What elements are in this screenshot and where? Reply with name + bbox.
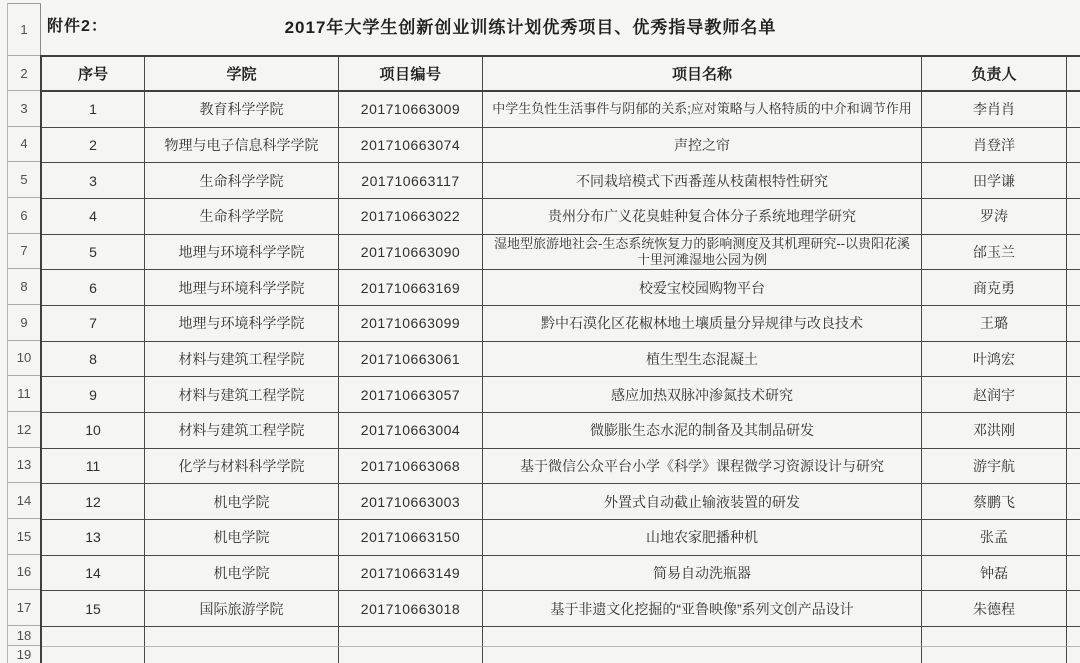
cell-college: 材料与建筑工程学院	[145, 377, 339, 413]
cell-college: 生命科学学院	[145, 199, 339, 235]
cell-college: 化学与材料科学学院	[145, 449, 339, 485]
table-row: 6 地理与环境科学学院 201710663169 校爱宝校园购物平台 商克勇	[42, 270, 1080, 306]
cell-project-name: 中学生负性生活事件与阴郁的关系;应对策略与人格特质的中介和调节作用	[483, 92, 922, 128]
header-cell-leader: 负责人	[922, 57, 1067, 92]
cell-project-name: 微膨胀生态水泥的制备及其制品研发	[483, 413, 922, 449]
cell-college: 生命科学学院	[145, 163, 339, 199]
cell-college: 地理与环境科学学院	[145, 270, 339, 306]
table-body: 1 教育科学学院 201710663009 中学生负性生活事件与阴郁的关系;应对…	[42, 92, 1080, 627]
empty-cell	[922, 647, 1067, 663]
title-row: 附件2： 2017年大学生创新创业训练计划优秀项目、优秀指导教师名单	[41, 0, 1080, 55]
cell-no: 14	[42, 556, 145, 592]
page-title: 2017年大学生创新创业训练计划优秀项目、优秀指导教师名单	[41, 13, 1020, 38]
cell-code: 201710663117	[339, 163, 483, 199]
cell-no: 13	[42, 520, 145, 556]
cell-leader: 田学谦	[922, 163, 1067, 199]
table-row: 13 机电学院 201710663150 山地农家肥播种机 张孟	[42, 520, 1080, 556]
empty-cell	[339, 627, 483, 647]
cell-cut-column	[1067, 306, 1080, 342]
row-number: 18	[8, 626, 41, 646]
cell-cut-column	[1067, 377, 1080, 413]
cell-code: 201710663018	[339, 591, 483, 627]
table-row: 14 机电学院 201710663149 简易自动洗瓶器 钟磊	[42, 556, 1080, 592]
empty-cell	[145, 627, 339, 647]
empty-cell	[922, 627, 1067, 647]
row-number: 16	[8, 555, 41, 591]
cell-leader: 王璐	[922, 306, 1067, 342]
cell-project-name: 贵州分布广义花臭蛙种复合体分子系统地理学研究	[483, 199, 922, 235]
row-number: 11	[8, 376, 41, 412]
cell-leader: 罗涛	[922, 199, 1067, 235]
cell-code: 201710663061	[339, 342, 483, 378]
row-number: 17	[8, 590, 41, 626]
empty-cell	[1067, 627, 1080, 647]
cell-code: 201710663099	[339, 306, 483, 342]
cell-no: 6	[42, 270, 145, 306]
awards-table: 序号 学院 项目编号 项目名称 负责人 1 教育科学学院 20171066300…	[40, 55, 1080, 663]
cell-no: 4	[42, 199, 145, 235]
table-row: 4 生命科学学院 201710663022 贵州分布广义花臭蛙种复合体分子系统地…	[42, 199, 1080, 235]
table-row: 11 化学与材料科学学院 201710663068 基于微信公众平台小学《科学》…	[42, 449, 1080, 485]
cell-no: 2	[42, 128, 145, 164]
empty-cell	[339, 647, 483, 663]
row-number: 9	[8, 305, 41, 341]
cell-project-name: 基于微信公众平台小学《科学》课程微学习资源设计与研究	[483, 449, 922, 485]
header-cell-code: 项目编号	[339, 57, 483, 92]
cell-cut-column	[1067, 413, 1080, 449]
cell-no: 15	[42, 591, 145, 627]
spreadsheet-page: 12345678910111213141516171819 附件2： 2017年…	[0, 0, 1080, 663]
cell-leader: 邓洪刚	[922, 413, 1067, 449]
cell-project-name: 黔中石漠化区花椒林地土壤质量分异规律与改良技术	[483, 306, 922, 342]
cell-no: 3	[42, 163, 145, 199]
cell-cut-column	[1067, 449, 1080, 485]
cell-project-name: 声控之帘	[483, 128, 922, 164]
table-row: 1 教育科学学院 201710663009 中学生负性生活事件与阴郁的关系;应对…	[42, 92, 1080, 128]
cell-project-name: 山地农家肥播种机	[483, 520, 922, 556]
cell-code: 201710663169	[339, 270, 483, 306]
cell-college: 地理与环境科学学院	[145, 306, 339, 342]
cell-code: 201710663022	[339, 199, 483, 235]
cell-cut-column	[1067, 92, 1080, 128]
empty-cell	[42, 627, 145, 647]
cell-cut-column	[1067, 342, 1080, 378]
row-number: 12	[8, 412, 41, 448]
cell-code: 201710663090	[339, 235, 483, 271]
cell-code: 201710663004	[339, 413, 483, 449]
cell-college: 地理与环境科学学院	[145, 235, 339, 271]
cell-leader: 商克勇	[922, 270, 1067, 306]
cell-code: 201710663003	[339, 484, 483, 520]
row-number: 10	[8, 341, 41, 377]
cell-cut-column	[1067, 556, 1080, 592]
cell-leader: 李肖肖	[922, 92, 1067, 128]
cell-project-name: 感应加热双脉冲渗氮技术研究	[483, 377, 922, 413]
table-row: 9 材料与建筑工程学院 201710663057 感应加热双脉冲渗氮技术研究 赵…	[42, 377, 1080, 413]
row-number: 4	[8, 127, 41, 163]
cell-cut-column	[1067, 520, 1080, 556]
cell-college: 机电学院	[145, 556, 339, 592]
table-row: 10 材料与建筑工程学院 201710663004 微膨胀生态水泥的制备及其制品…	[42, 413, 1080, 449]
cell-college: 材料与建筑工程学院	[145, 413, 339, 449]
cell-cut-column	[1067, 235, 1080, 271]
table-row: 3 生命科学学院 201710663117 不同栽培模式下西番莲从枝菌根特性研究…	[42, 163, 1080, 199]
empty-cell	[145, 647, 339, 663]
row-number: 19	[8, 646, 41, 663]
cell-leader: 钟磊	[922, 556, 1067, 592]
cell-leader: 张孟	[922, 520, 1067, 556]
empty-cell	[42, 647, 145, 663]
row-number: 5	[8, 162, 41, 198]
cell-project-name: 外置式自动截止输液装置的研发	[483, 484, 922, 520]
cell-no: 1	[42, 92, 145, 128]
cell-no: 12	[42, 484, 145, 520]
cell-code: 201710663149	[339, 556, 483, 592]
cell-college: 教育科学学院	[145, 92, 339, 128]
row-number: 1	[8, 4, 41, 56]
cell-code: 201710663068	[339, 449, 483, 485]
cell-leader: 肖登洋	[922, 128, 1067, 164]
cell-cut-column	[1067, 270, 1080, 306]
table-row: 5 地理与环境科学学院 201710663090 湿地型旅游地社会-生态系统恢复…	[42, 235, 1080, 271]
cell-code: 201710663150	[339, 520, 483, 556]
cell-college: 国际旅游学院	[145, 591, 339, 627]
table-row: 2 物理与电子信息科学学院 201710663074 声控之帘 肖登洋	[42, 128, 1080, 164]
cell-leader: 邰玉兰	[922, 235, 1067, 271]
cell-cut-column	[1067, 591, 1080, 627]
row-number: 8	[8, 269, 41, 305]
header-cell-no: 序号	[42, 57, 145, 92]
row-number-gutter: 12345678910111213141516171819	[7, 3, 41, 663]
empty-row	[42, 627, 1080, 647]
cell-leader: 赵润宇	[922, 377, 1067, 413]
cell-college: 机电学院	[145, 484, 339, 520]
empty-cell	[483, 627, 922, 647]
cell-no: 8	[42, 342, 145, 378]
header-row: 序号 学院 项目编号 项目名称 负责人	[42, 57, 1080, 92]
row-number: 15	[8, 519, 41, 555]
cell-cut-column	[1067, 128, 1080, 164]
empty-cell	[1067, 647, 1080, 663]
cell-code: 201710663009	[339, 92, 483, 128]
cell-project-name: 湿地型旅游地社会-生态系统恢复力的影响测度及其机理研究--以贵阳花溪十里河滩湿地…	[483, 235, 922, 271]
cell-leader: 叶鸿宏	[922, 342, 1067, 378]
row-number: 2	[8, 56, 41, 91]
empty-cell	[483, 647, 922, 663]
cell-project-name: 基于非遗文化挖掘的“亚鲁映像”系列文创产品设计	[483, 591, 922, 627]
cell-no: 5	[42, 235, 145, 271]
table-row: 7 地理与环境科学学院 201710663099 黔中石漠化区花椒林地土壤质量分…	[42, 306, 1080, 342]
row-number: 7	[8, 234, 41, 270]
cell-no: 9	[42, 377, 145, 413]
cell-cut-column	[1067, 163, 1080, 199]
cell-code: 201710663074	[339, 128, 483, 164]
cell-project-name: 简易自动洗瓶器	[483, 556, 922, 592]
cell-project-name: 校爱宝校园购物平台	[483, 270, 922, 306]
empty-row	[42, 647, 1080, 663]
header-cell-cut-column	[1067, 57, 1080, 92]
header-cell-name: 项目名称	[483, 57, 922, 92]
cell-cut-column	[1067, 484, 1080, 520]
table-row: 8 材料与建筑工程学院 201710663061 植生型生态混凝土 叶鸿宏	[42, 342, 1080, 378]
cell-college: 物理与电子信息科学学院	[145, 128, 339, 164]
cell-no: 11	[42, 449, 145, 485]
row-number: 6	[8, 198, 41, 234]
header-cell-college: 学院	[145, 57, 339, 92]
cell-college: 材料与建筑工程学院	[145, 342, 339, 378]
cell-college: 机电学院	[145, 520, 339, 556]
row-number: 14	[8, 483, 41, 519]
cell-code: 201710663057	[339, 377, 483, 413]
cell-project-name: 植生型生态混凝土	[483, 342, 922, 378]
cell-leader: 游宇航	[922, 449, 1067, 485]
table-row: 12 机电学院 201710663003 外置式自动截止输液装置的研发 蔡鹏飞	[42, 484, 1080, 520]
cell-no: 10	[42, 413, 145, 449]
cell-cut-column	[1067, 199, 1080, 235]
cell-leader: 蔡鹏飞	[922, 484, 1067, 520]
cell-project-name: 不同栽培模式下西番莲从枝菌根特性研究	[483, 163, 922, 199]
cell-leader: 朱德程	[922, 591, 1067, 627]
row-number: 13	[8, 448, 41, 484]
cell-no: 7	[42, 306, 145, 342]
table-row: 15 国际旅游学院 201710663018 基于非遗文化挖掘的“亚鲁映像”系列…	[42, 591, 1080, 627]
row-number: 3	[8, 91, 41, 127]
